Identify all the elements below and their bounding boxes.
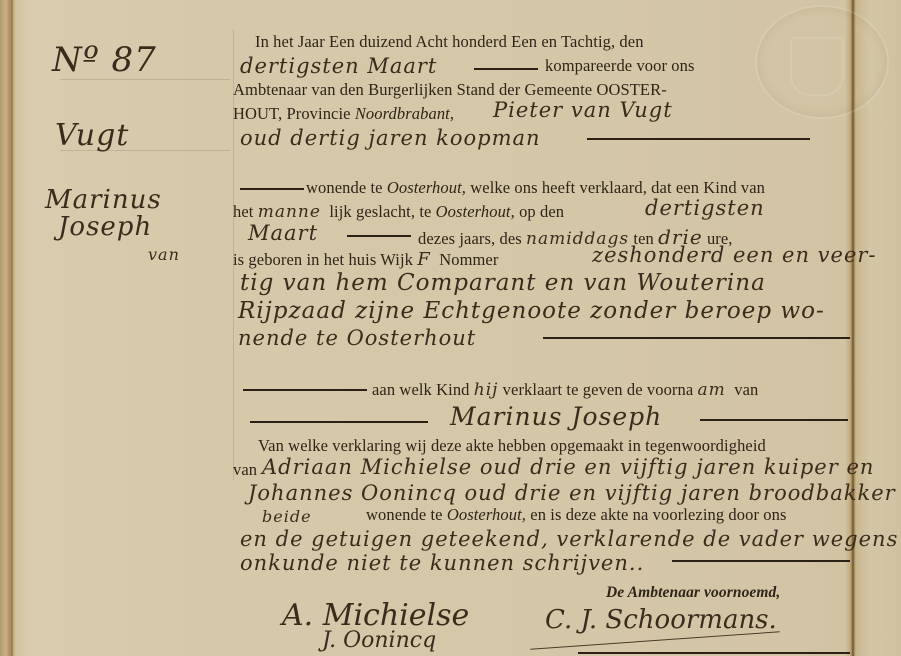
printed-line-18: wonende te Oosterhout, en is deze akte n… bbox=[366, 505, 787, 525]
fill-rule bbox=[347, 235, 411, 237]
margin-rule bbox=[60, 150, 230, 151]
printed-line-16: van bbox=[233, 460, 257, 480]
fill-rule bbox=[543, 337, 850, 339]
handwritten-child-name: Marinus Joseph bbox=[450, 402, 662, 431]
printed-line-4: HOUT, Provincie Noordbrabant, bbox=[233, 104, 454, 124]
handwritten-both: beide bbox=[262, 507, 312, 526]
printed-line-3: Ambtenaar van den Burgerlijken Stand der… bbox=[233, 80, 667, 100]
handwritten-witness-2: Johannes Oonincq oud drie en vijftig jar… bbox=[248, 481, 896, 505]
handwritten-line-10: tig van hem Comparant en van Wouterina bbox=[240, 270, 766, 296]
handwritten-line-20: onkunde niet te kunnen schrijven.. bbox=[240, 551, 644, 575]
handwritten-line-12: nende te Oosterhout bbox=[238, 326, 476, 350]
printed-line-13: aan welk Kind hij verklaart te geven de … bbox=[372, 380, 758, 400]
printed-line-1: In het Jaar Een duizend Acht honderd Een… bbox=[255, 32, 644, 52]
fill-rule bbox=[250, 421, 428, 423]
fill-rule bbox=[587, 138, 810, 140]
handwritten-house-number: zeshonderd een en veer- bbox=[592, 243, 877, 267]
printed-line-9: is geboren in het huis Wijk F Nommer bbox=[233, 249, 498, 270]
fill-rule bbox=[243, 389, 367, 391]
fill-rule bbox=[578, 652, 850, 654]
fill-rule bbox=[240, 188, 304, 190]
handwritten-birth-month: Maart bbox=[248, 221, 318, 245]
handwritten-birth-day: dertigsten bbox=[645, 196, 765, 220]
printed-line-7: het manne lijk geslacht, te Oosterhout, … bbox=[233, 202, 564, 222]
book-binding bbox=[11, 0, 13, 656]
handwritten-age-occupation: oud dertig jaren koopman bbox=[240, 126, 541, 150]
handwritten-witness-1: Adriaan Michielse oud drie en vijftig ja… bbox=[262, 455, 874, 479]
margin-rule bbox=[60, 79, 230, 80]
handwritten-date: dertigsten Maart bbox=[240, 54, 437, 78]
printed-line-6: wonende te Oosterhout, welke ons heeft v… bbox=[306, 178, 765, 198]
printed-line-15: Van welke verklaring wij deze akte hebbe… bbox=[258, 436, 766, 456]
handwritten-line-11: Rijpzaad zijne Echtgenoote zonder beroep… bbox=[238, 298, 825, 324]
margin-surname: Vugt bbox=[55, 118, 129, 153]
handwritten-line-19: en de getuigen geteekend, verklarende de… bbox=[240, 527, 898, 551]
margin-particle: van bbox=[148, 245, 180, 264]
official-label: De Ambtenaar voornoemd, bbox=[606, 584, 780, 602]
printed-line-2: kompareerde voor ons bbox=[545, 56, 695, 76]
margin-given-name-2: Joseph bbox=[58, 212, 152, 242]
fill-rule bbox=[672, 560, 850, 562]
margin-given-name-1: Marinus bbox=[45, 185, 162, 215]
embossed-seal-icon bbox=[755, 5, 889, 119]
witness-signature-2: J. Oonincq bbox=[322, 628, 436, 653]
handwritten-declarant: Pieter van Vugt bbox=[493, 98, 673, 122]
fill-rule bbox=[474, 68, 538, 70]
fill-rule bbox=[700, 419, 848, 421]
entry-number: Nº 87 bbox=[52, 40, 157, 80]
official-signature: C. J. Schoormans. bbox=[545, 605, 777, 635]
